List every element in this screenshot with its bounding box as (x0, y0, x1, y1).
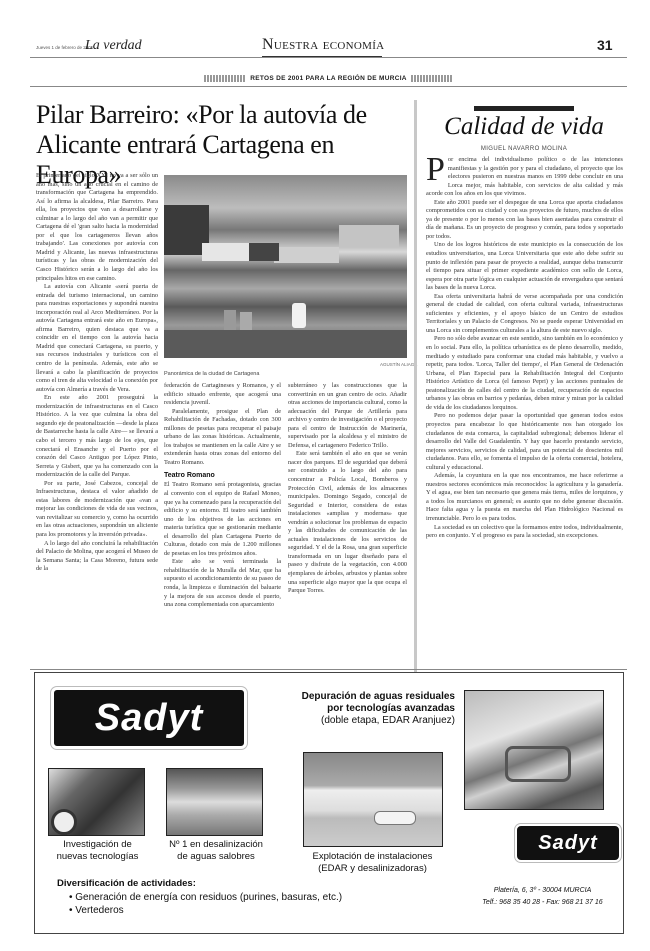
list-item: • Generación de energía con residuos (pu… (69, 891, 342, 904)
paragraph: Por encima del individualismo político o… (426, 156, 623, 199)
diversification-list: • Generación de energía con residuos (pu… (69, 891, 342, 917)
photo-building (274, 247, 339, 263)
facility-building-photo (303, 752, 443, 847)
section-title: Nuestra economía (262, 36, 384, 54)
research-equipment-photo (48, 768, 145, 836)
paragraph: Este año se verá terminada la rehabilita… (164, 558, 281, 609)
paragraph: Pero no sólo debe avanzar en este sentid… (426, 335, 623, 412)
paragraph: A lo largo del año concluirá la rehabili… (36, 540, 158, 574)
caption-operation: Explotación de instalaciones (EDAR y des… (290, 851, 455, 875)
photo-trees (249, 243, 279, 261)
ad-contact: Platería, 6, 3º - 30004 MURCIA Telf.: 96… (465, 885, 620, 909)
caption-line: nuevas tecnologías (40, 851, 155, 863)
page-number: 31 (597, 37, 613, 53)
sadyt-advertisement[interactable]: Sadyt Depuración de aguas residuales por… (34, 672, 624, 934)
kicker-bars-left (204, 75, 246, 82)
cartagena-panorama-photo (164, 175, 407, 358)
diversification-title: Diversificación de actividades: (57, 878, 196, 889)
paragraph: Por su parte, José Cabezos, concejal de … (36, 480, 158, 540)
photo-foreground (164, 330, 407, 358)
caption-line: de aguas salobres (157, 851, 275, 863)
newspaper-name: La verdad (85, 38, 142, 54)
paragraph: El Teatro Romano será protagonista, grac… (164, 481, 281, 558)
kicker-banner: RETOS DE 2001 PARA LA REGIÓN DE MURCIA (30, 72, 627, 84)
paragraph: El primer año del siglo XXI no va a ser … (36, 172, 158, 283)
desalination-plant-photo (166, 768, 263, 836)
ad-headline-line: Depuración de aguas residuales (265, 691, 455, 703)
caption-desalination: Nº 1 en desalinización de aguas salobres (157, 839, 275, 863)
kicker-rule (30, 86, 627, 87)
photo-tank (224, 310, 236, 330)
photo-credit: AGUSTÍN ALIAGA (380, 362, 417, 367)
ad-phone: Telf.: 968 35 40 28 - Fax: 968 21 37 16 (465, 897, 620, 909)
paragraph: Paralelamente, prosigue el Plan de Rehab… (164, 408, 281, 468)
caption-line: Nº 1 en desalinización (157, 839, 275, 851)
opinion-author: MIGUEL NAVARRO MOLINA (424, 146, 624, 152)
paragraph: La autovía con Alicante «será puerta de … (36, 283, 158, 394)
photo-building (339, 225, 399, 247)
paragraph: Esa oferta universitaria habrá de verse … (426, 293, 623, 336)
article-subhead: Teatro Romano (164, 471, 281, 480)
aerial-plant-photo (464, 690, 604, 810)
opinion-top-bar (474, 106, 574, 111)
paragraph: La sociedad es un colectivo que la forma… (426, 524, 623, 541)
opinion-body: Por encima del individualismo político o… (426, 156, 623, 664)
paragraph: En este año 2001 proseguirá la moderniza… (36, 394, 158, 479)
column-separator (414, 100, 417, 672)
paragraph: subterráneo y las construcciones que la … (288, 382, 407, 450)
paragraph: Además, la coyuntura en la que nos encon… (426, 472, 623, 523)
article-column-2: federación de Cartagineses y Romanos, y … (164, 382, 281, 664)
caption-line: Explotación de instalaciones (290, 851, 455, 863)
paragraph: Pero no podemos dejar pasar la oportunid… (426, 412, 623, 472)
drop-cap: P (426, 157, 445, 183)
paragraph: Este será también el año en que se verán… (288, 450, 407, 595)
list-item: • Vertederos (69, 904, 342, 917)
photo-building (202, 243, 252, 261)
ad-top-rule (30, 669, 627, 670)
ad-headline: Depuración de aguas residuales por tecno… (265, 691, 455, 727)
photo-tank (292, 303, 306, 328)
ad-address: Platería, 6, 3º - 30004 MURCIA (465, 885, 620, 897)
header-rule (30, 57, 627, 58)
paragraph: Uno de los logros históricos de este mun… (426, 241, 623, 292)
article-column-3: subterráneo y las construcciones que la … (288, 382, 407, 664)
caption-research: Investigación de nuevas tecnologías (40, 839, 155, 863)
article-column-1: El primer año del siglo XXI no va a ser … (36, 172, 158, 662)
kicker-text: RETOS DE 2001 PARA LA REGIÓN DE MURCIA (250, 75, 407, 82)
opinion-title: Calidad de vida (424, 113, 624, 141)
paragraph: federación de Cartagineses y Romanos, y … (164, 382, 281, 408)
sadyt-logo-large: Sadyt (51, 687, 247, 749)
photo-tank (240, 312, 252, 330)
ad-headline-line: (doble etapa, EDAR Aranjuez) (265, 715, 455, 727)
photo-caption: Panorámica de la ciudad de Cartagena (164, 371, 259, 377)
ad-headline-line: por tecnologías avanzadas (265, 703, 455, 715)
caption-line: Investigación de (40, 839, 155, 851)
caption-line: (EDAR y desalinizadoras) (290, 863, 455, 875)
paragraph-text: or encima del individualismo político o … (426, 156, 623, 197)
fan-shape (51, 809, 77, 835)
kicker-bars-right (411, 75, 453, 82)
sadyt-logo-small: Sadyt (515, 824, 621, 862)
storage-tank (374, 811, 416, 825)
treatment-basins (505, 746, 571, 782)
paragraph: Este año 2001 puede ser el despegue de u… (426, 199, 623, 242)
